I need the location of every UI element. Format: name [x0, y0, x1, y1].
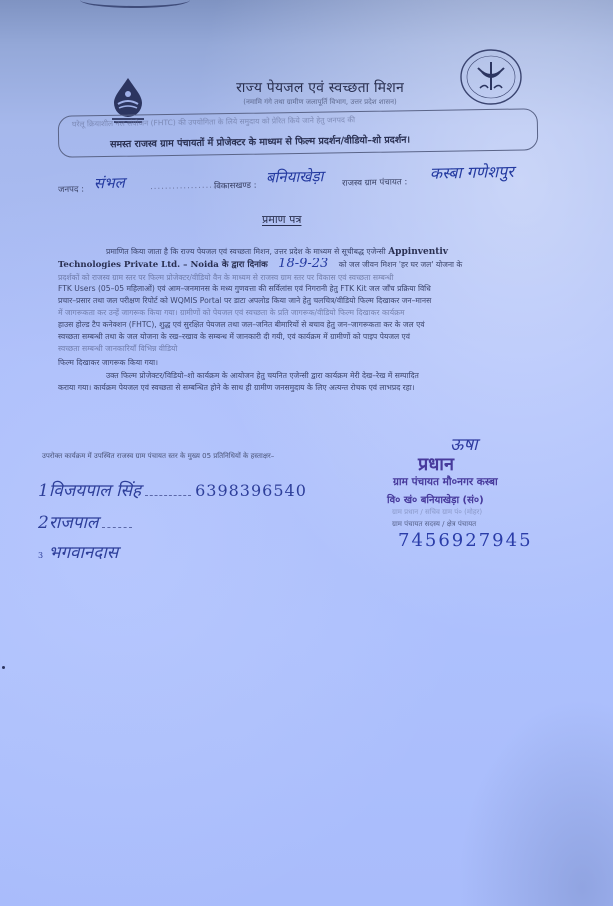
- representative-1-phone: 6398396540: [195, 481, 307, 500]
- gram-label: राजस्व ग्राम पंचायत :: [342, 176, 408, 188]
- stamp-line-1: ग्राम पंचायत मौ०नगर कस्बा: [393, 475, 498, 489]
- ink-dot: [2, 666, 5, 669]
- header-title: राज्य पेयजल एवं स्वच्छता मिशन: [170, 78, 470, 97]
- para-line-5: प्रचार–प्रसार तथा जल परीक्षण रिपोर्ट को …: [58, 295, 578, 306]
- agency-name: Appinventiv: [388, 247, 448, 257]
- para-line-3: प्रदर्शकों को राजस्व ग्राम स्तर पर फिल्म…: [58, 272, 578, 283]
- date-handwritten: 18-9-23: [278, 258, 328, 271]
- block-value: बनियाखेड़ा: [266, 166, 324, 187]
- janpad-label: जनपद :: [58, 184, 84, 196]
- pradhan-phone: 7456927945: [398, 530, 533, 551]
- para-line-8: स्वच्छता सम्बन्धी तथा के जल योजना के रख–…: [58, 331, 578, 342]
- para-line-10: फिल्म दिखाकर जागरूक किया गया।: [58, 357, 578, 368]
- stamp-title: प्रधान: [418, 452, 454, 476]
- para-line-11: उक्त फिल्म प्रोजेक्टर/विडियो–शो कार्यक्र…: [58, 370, 576, 381]
- para-line-9: स्वच्छता सम्बन्धी जानकारियाँ विभिन्न वीड…: [58, 343, 578, 354]
- para-line-7: हाउस होल्ड टैप कनेक्शन (FHTC), शुद्ध एवं…: [58, 319, 578, 330]
- block-label: विकासखण्ड :: [214, 180, 257, 192]
- para-line-4: FTK Users (05–05 महिलाओं) एवं आम–जनमानस …: [58, 283, 578, 294]
- pradhan-signature: ऊषा: [450, 432, 478, 455]
- para-line-1: प्रमाणित किया जाता है कि राज्य पेयजल एवं…: [58, 246, 576, 258]
- representatives-heading: उपरोक्त कार्यक्रम में उपस्थित राजस्व ग्र…: [42, 452, 322, 461]
- pradhan-label-faded: ग्राम प्रधान / सचिव ग्राम पं० (मोहर): [392, 508, 482, 517]
- para-line-6: में जागरूकता कर उन्हें जागरूक किया गया। …: [58, 307, 578, 318]
- header-subtitle: (नमामि गंगे तथा ग्रामीण जलापूर्ति विभाग,…: [170, 98, 470, 107]
- representative-3: 3 भगवानदास: [38, 540, 118, 563]
- representative-1: 1विजयपाल सिंह6398396540: [38, 478, 307, 501]
- pradhan-label: ग्राम पंचायत सदस्य / क्षेत्र पंचायत: [392, 520, 476, 529]
- certificate-title: प्रमाण पत्र: [262, 212, 301, 227]
- representative-2: 2राजपाल: [38, 510, 136, 533]
- para-line-2: Technologies Private Ltd. – Noida के द्व…: [58, 258, 578, 271]
- janpad-value: संभल: [94, 173, 125, 194]
- stamp-line-2: वि० खं० बनियाखेड़ा (सं०): [387, 492, 484, 506]
- para-line-12: कराया गया। कार्यक्रम पेयजल एवं स्वच्छता …: [58, 382, 578, 393]
- gram-value: कस्बा गणेशपुर: [430, 160, 514, 184]
